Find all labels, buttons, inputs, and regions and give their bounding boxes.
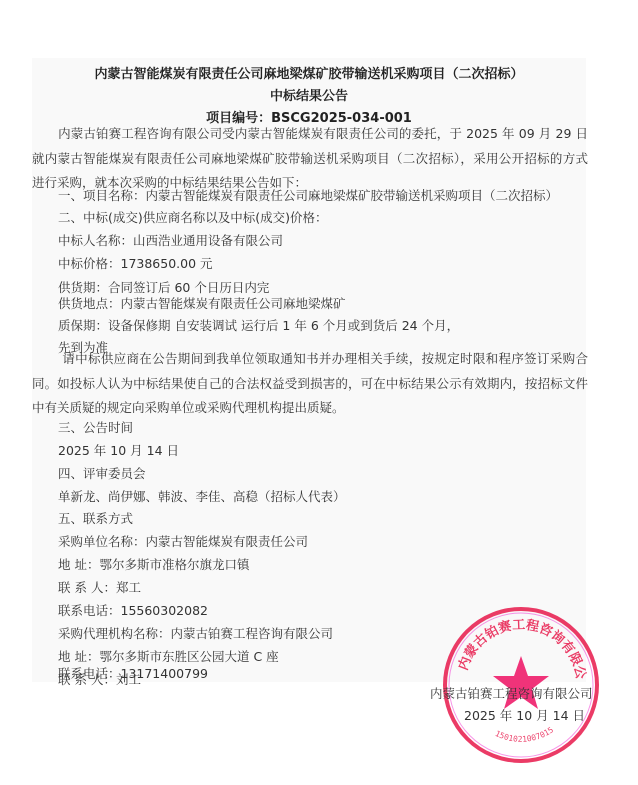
notice-text: 请中标供应商在公告期间到我单位领取通知书并办理相关手续，按规定时限和程序签订采购… — [32, 351, 588, 415]
agent-name: 采购代理机构名称：内蒙古铂赛工程咨询有限公司 — [58, 626, 333, 642]
delivery-location: 供货地点：内蒙古智能煤炭有限责任公司麻地梁煤矿 — [58, 296, 346, 312]
document-title: 内蒙古智能煤炭有限责任公司麻地梁煤矿胶带输送机采购项目（二次招标） — [32, 63, 586, 82]
svg-text:1501021007015: 1501021007015 — [494, 725, 556, 744]
purchaser-contact: 联 系 人：郑工 — [58, 580, 141, 596]
purchaser-address: 地 址：鄂尔多斯市准格尔旗龙口镇 — [58, 557, 249, 573]
project-name-line: 一、项目名称：内蒙古智能煤炭有限责任公司麻地梁煤矿胶带输送机采购项目（二次招标） — [58, 188, 558, 204]
signature-company: 内蒙古铂赛工程咨询有限公司 — [430, 684, 593, 702]
winner-price: 中标价格：1738650.00 元 — [58, 256, 213, 272]
delivery-period: 供货期：合同签订后 60 个日历日内完 — [58, 280, 269, 296]
warranty: 质保期：设备保修期 自安装调试 运行后 1 年 6 个月或到货后 24 个月， — [58, 318, 459, 334]
contact-heading: 五、联系方式 — [58, 511, 133, 527]
purchaser-phone: 联系电话：15560302082 — [58, 603, 208, 619]
signature-date: 2025 年 10 月 14 日 — [464, 706, 585, 724]
committee-members: 单新龙、尚伊娜、韩波、李佳、高稳（招标人代表） — [58, 489, 346, 505]
purchaser-name: 采购单位名称：内蒙古智能煤炭有限责任公司 — [58, 534, 308, 550]
intro-paragraph: 内蒙古铂赛工程咨询有限公司受内蒙古智能煤炭有限责任公司的委托，于 2025 年 … — [32, 122, 588, 196]
notice-paragraph: 请中标供应商在公告期间到我单位领取通知书并办理相关手续，按规定时限和程序签订采购… — [32, 347, 588, 421]
agent-address: 地 址：鄂尔多斯市东胜区公园大道 C 座 — [58, 649, 279, 665]
announce-date: 2025 年 10 月 14 日 — [58, 443, 179, 459]
intro-text: 内蒙古铂赛工程咨询有限公司受内蒙古智能煤炭有限责任公司的委托，于 2025 年 … — [32, 126, 588, 190]
supplier-heading: 二、中标(成交)供应商名称以及中标(成交)价格： — [58, 210, 328, 226]
winner-name: 中标人名称：山西浩业通用设备有限公司 — [58, 233, 283, 249]
announce-heading: 三、公告时间 — [58, 420, 133, 436]
document-subtitle: 中标结果公告 — [32, 85, 586, 104]
agent-phone: 联系电话：13171400799 — [58, 666, 208, 682]
committee-heading: 四、评审委员会 — [58, 466, 146, 482]
